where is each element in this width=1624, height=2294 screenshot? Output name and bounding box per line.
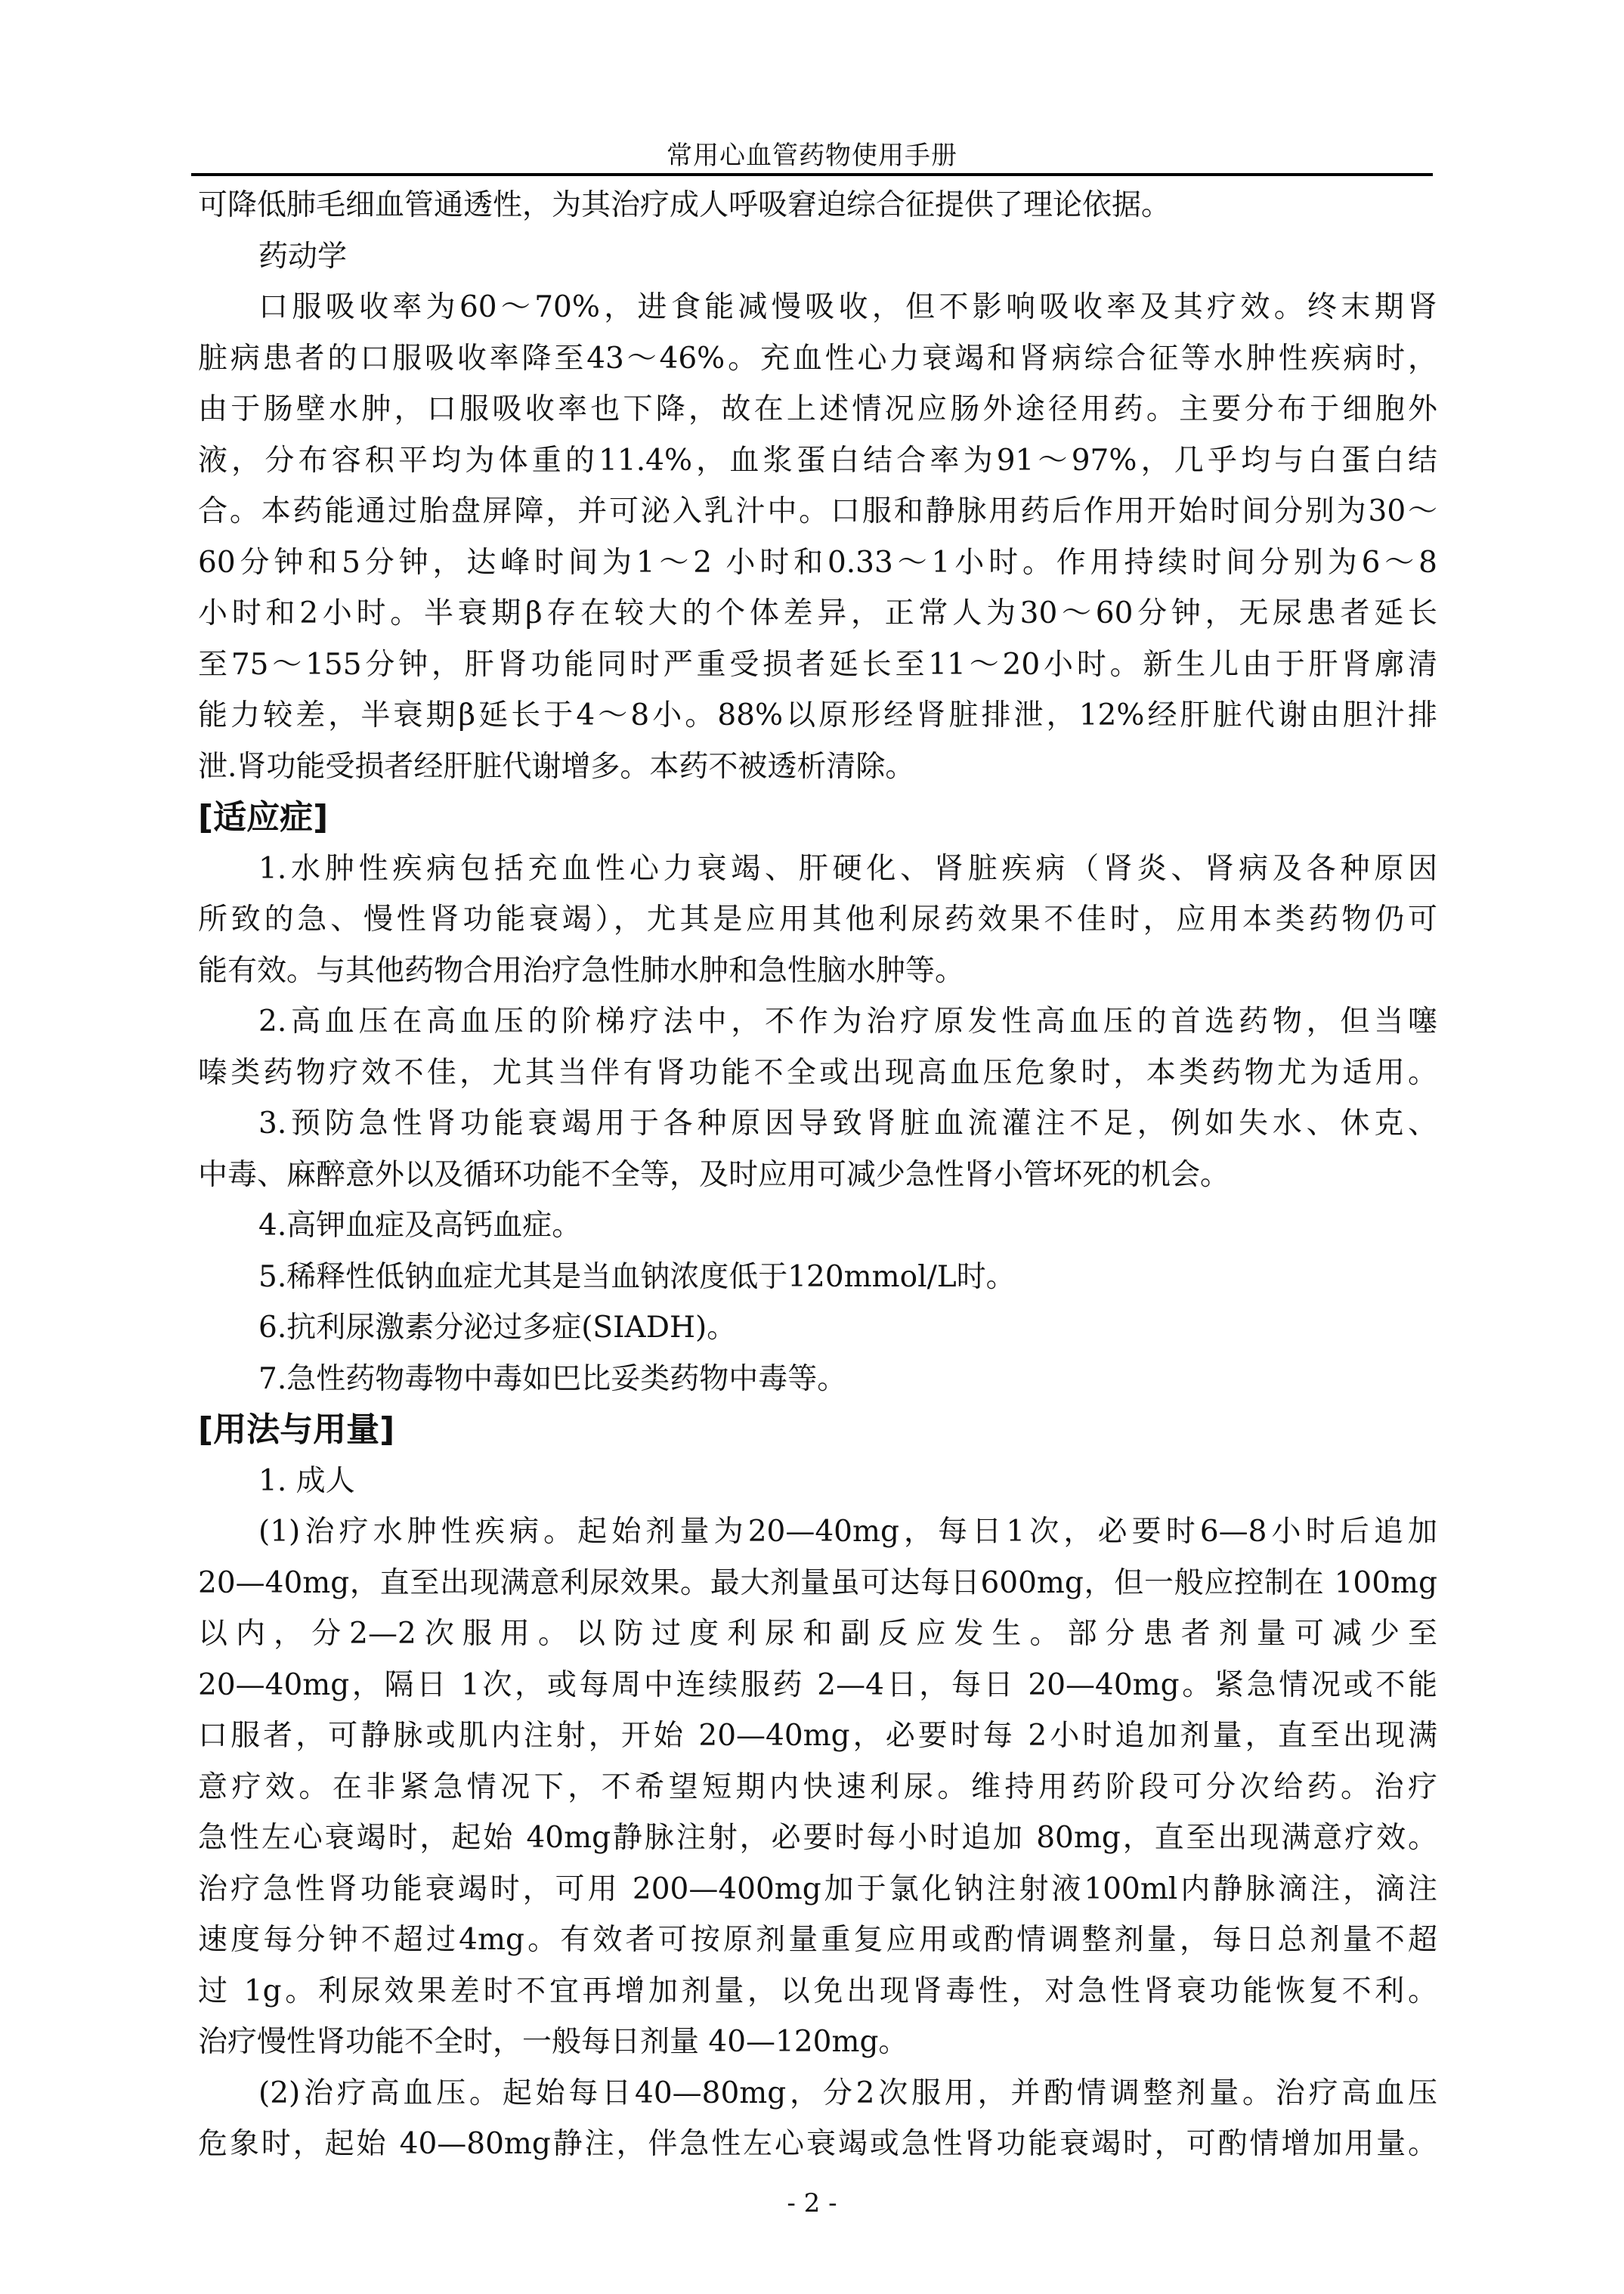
text-line: 危象时，起始 40—80mg静注，伴急性左心衰竭或急性肾功能衰竭时，可酌情增加用…: [198, 2119, 1437, 2170]
text-line: 急性左心衰竭时，起始 40mg静脉注射，必要时每小时追加 80mg，直至出现满意…: [198, 1813, 1437, 1864]
text-line: 小时和2小时。半衰期β存在较大的个体差异，正常人为30～60分钟，无尿患者延长: [198, 588, 1437, 639]
header-rule: [191, 173, 1433, 176]
text-line: 嗪类药物疗效不佳，尤其当伴有肾功能不全或出现高血压危象时，本类药物尤为适用。: [198, 1048, 1437, 1099]
section-heading: [适应症]: [198, 792, 1437, 844]
text-line: 至75～155分钟，肝肾功能同时严重受损者延长至11～20小时。新生儿由于肝肾廓…: [198, 639, 1437, 691]
paragraph-start-line: 2.高血压在高血压的阶梯疗法中，不作为治疗原发性高血压的首选药物，但当噻: [198, 996, 1437, 1048]
text-line: 意疗效。在非紧急情况下，不希望短期内快速利尿。维持用药阶段可分次给药。治疗: [198, 1762, 1437, 1813]
text-line: 20—40mg，隔日 1次，或每周中连续服药 2—4日，每日 20—40mg。紧…: [198, 1660, 1437, 1711]
text-line: 速度每分钟不超过4mg。有效者可按原剂量重复应用或酌情调整剂量，每日总剂量不超: [198, 1915, 1437, 1966]
text-line: 治疗慢性肾功能不全时，一般每日剂量 40—120mg。: [198, 2017, 1437, 2068]
section-heading: [用法与用量]: [198, 1404, 1437, 1456]
text-line: 脏病患者的口服吸收率降至43～46%。充血性心力衰竭和肾病综合征等水肿性疾病时，: [198, 333, 1437, 385]
running-header-title: 常用心血管药物使用手册: [0, 135, 1624, 172]
text-line: 合。本药能通过胎盘屏障，并可泌入乳汁中。口服和静脉用药后作用开始时间分别为30～: [198, 486, 1437, 537]
text-line: 以内，分2—2次服用。以防过度利尿和副反应发生。部分患者剂量可减少至: [198, 1608, 1437, 1660]
paragraph-start-line: 5.稀释性低钠血症尤其是当血钠浓度低于120mmol/L时。: [198, 1252, 1437, 1303]
paragraph-start-line: 7.急性药物毒物中毒如巴比妥类药物中毒等。: [198, 1354, 1437, 1405]
paragraph-start-line: 3.预防急性肾功能衰竭用于各种原因导致肾脏血流灌注不足，例如失水、休克、: [198, 1098, 1437, 1150]
text-line: 液，分布容积平均为体重的11.4%，血浆蛋白结合率为91～97%，几乎均与白蛋白…: [198, 435, 1437, 487]
text-line: 能力较差，半衰期β延长于4～8小。88%以原形经肾脏排泄，12%经肝脏代谢由胆汁…: [198, 690, 1437, 741]
text-line: 能有效。与其他药物合用治疗急性肺水肿和急性脑水肿等。: [198, 946, 1437, 997]
text-line: 泄.肾功能受损者经肝脏代谢增多。本药不被透析清除。: [198, 741, 1437, 793]
paragraph-start-line: 药动学: [198, 231, 1437, 283]
paragraph-start-line: 1.水肿性疾病包括充血性心力衰竭、肝硬化、肾脏疾病（肾炎、肾病及各种原因: [198, 844, 1437, 895]
paragraph-start-line: 1. 成人: [198, 1456, 1437, 1507]
text-line: 过 1g。利尿效果差时不宜再增加剂量，以免出现肾毒性，对急性肾衰功能恢复不利。: [198, 1966, 1437, 2017]
text-line: 由于肠壁水肿，口服吸收率也下降，故在上述情况应肠外途径用药。主要分布于细胞外: [198, 384, 1437, 435]
page-body: 可降低肺毛细血管通透性，为其治疗成人呼吸窘迫综合征提供了理论依据。药动学口服吸收…: [198, 180, 1437, 2170]
text-line: 可降低肺毛细血管通透性，为其治疗成人呼吸窘迫综合征提供了理论依据。: [198, 180, 1437, 231]
paragraph-start-line: 口服吸收率为60～70%，进食能减慢吸收，但不影响吸收率及其疗效。终末期肾: [198, 282, 1437, 333]
paragraph-start-line: 6.抗利尿激素分泌过多症(SIADH)。: [198, 1302, 1437, 1354]
text-line: 20—40mg，直至出现满意利尿效果。最大剂量虽可达每日600mg，但一般应控制…: [198, 1558, 1437, 1609]
text-line: 所致的急、慢性肾功能衰竭），尤其是应用其他利尿药效果不佳时，应用本类药物仍可: [198, 894, 1437, 946]
text-line: 治疗急性肾功能衰竭时，可用 200—400mg加于氯化钠注射液100ml内静脉滴…: [198, 1864, 1437, 1915]
text-line: 60分钟和5分钟，达峰时间为1～2 小时和0.33～1小时。作用持续时间分别为6…: [198, 537, 1437, 589]
paragraph-start-line: 4.高钾血症及高钙血症。: [198, 1200, 1437, 1252]
paragraph-start-line: (1)治疗水肿性疾病。起始剂量为20—40mg，每日1次，必要时6—8小时后追加: [198, 1506, 1437, 1558]
page-number: - 2 -: [0, 2188, 1624, 2218]
text-line: 口服者，可静脉或肌内注射，开始 20—40mg，必要时每 2小时追加剂量，直至出…: [198, 1710, 1437, 1762]
paragraph-start-line: (2)治疗高血压。起始每日40—80mg，分2次服用，并酌情调整剂量。治疗高血压: [198, 2068, 1437, 2119]
text-line: 中毒、麻醉意外以及循环功能不全等，及时应用可减少急性肾小管坏死的机会。: [198, 1150, 1437, 1201]
